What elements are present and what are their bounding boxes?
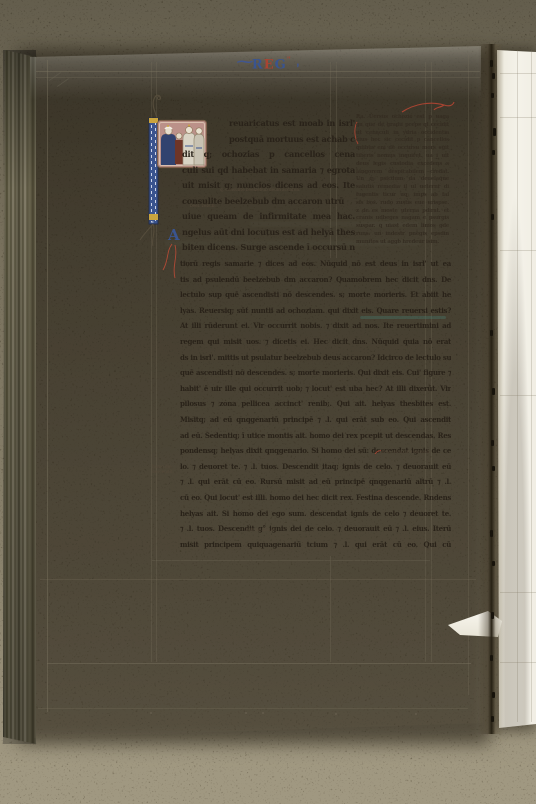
gloss-line: runs. un indestr pnegis epsdin <box>356 231 449 239</box>
ruling-line <box>36 77 480 78</box>
gloss-line: suspar. q uiast edem limos gde <box>356 223 449 231</box>
text-line: cū eo. Qui locut' est illi. homo dei hec… <box>180 490 451 506</box>
initial-p-stem <box>149 118 158 224</box>
sewing-stitch <box>493 128 496 136</box>
text-line: ngelus aūt dni locutus est ad helyā thes <box>182 225 355 241</box>
text-line: Misitq; ad eū qnqgenariū principē ⁊ .l. … <box>180 412 451 428</box>
initial-p-gold-top <box>149 118 158 123</box>
sewing-stitch <box>491 716 494 722</box>
gloss-line: tiberis nemus inquiret. ua i uit <box>356 153 449 161</box>
gloss-line: cranis udbeges nagam e psurgis <box>356 215 449 223</box>
sewing-stitch <box>492 150 495 155</box>
sewing-stitch <box>492 388 495 395</box>
gloss-line: munitos ut aggb hredeur isim. <box>356 239 449 247</box>
running-title-flourish: ~ <box>235 55 258 70</box>
text-line: pilosus ⁊ zona pellicea accinct' renib;.… <box>180 396 451 412</box>
inline-note: Deus uoluntate exaudit. <box>380 450 450 455</box>
ruling-line <box>152 560 430 561</box>
manuscript-photograph: ~REGʺ , <box>0 0 536 804</box>
prick-mark <box>415 713 417 715</box>
text-line: uiue queam de infirmitate mea hac. <box>182 209 355 225</box>
gloss-line: fugentis ticur uq; imps ab fal <box>356 192 449 200</box>
gloss-line: quibus eni de occursu mors egit <box>356 145 449 153</box>
gloss-line: deus legis custodia excedens s <box>356 161 449 169</box>
text-line: regem qui misit uos. ⁊ dicetis ei. Hec d… <box>180 334 451 350</box>
running-title-letter-e: E <box>264 57 275 72</box>
pigment-smudge <box>360 316 446 319</box>
ruling-line <box>38 708 468 709</box>
sewing-stitch <box>491 440 494 446</box>
text-line: lectulo sup quē ascendisti nō descendes.… <box>180 287 451 303</box>
sewing-stitch <box>491 612 494 619</box>
running-title-end-mark: , <box>293 55 303 69</box>
binding-gutter <box>478 44 504 734</box>
text-line: culi sui qd habebat in samaria ⁊ egrota <box>182 163 355 179</box>
gloss-line: Ra. Uersus ochozie est p uaga <box>356 114 449 122</box>
text-line: ad eū. Sedentiq; ī utice montis ait. hom… <box>180 428 451 444</box>
sewing-stitch <box>490 330 493 336</box>
ruling-line <box>468 55 469 695</box>
text-line: postquā mortuus est achab ceci <box>182 132 355 148</box>
running-title-letter-g: G <box>275 57 287 72</box>
sewing-stitch <box>492 561 495 566</box>
prick-mark <box>335 713 337 715</box>
initial-p-tail-flourish <box>140 224 154 246</box>
sewing-stitch <box>491 214 494 220</box>
gloss-column: Ra. Uersus ochozie est p uagaga que de g… <box>356 114 449 247</box>
initial-a-penwork <box>158 240 182 284</box>
gold-dot <box>167 125 169 127</box>
text-line: ⁊ .l. tuos. Descendit g° ignis dei de ce… <box>180 521 451 537</box>
ruling-line <box>330 556 331 662</box>
gloss-line: z de es moste uterna pdirat. et <box>356 208 449 216</box>
text-line: biten dicens. Surge ascende ī occursū nu… <box>182 240 355 256</box>
text-line: At illi rūderunt ei. Vir occurrit nobis.… <box>180 318 451 334</box>
gloss-line: langorem despicabilem credat. <box>356 169 449 177</box>
gloss-line: Un q; psicdum da deuelaque <box>356 176 449 184</box>
gloss-line: sis bos. rudo zustis eue urispse. <box>356 200 449 208</box>
prick-mark <box>262 712 264 714</box>
ruling-line <box>40 579 476 580</box>
initial-p-gold-bottom <box>149 214 158 220</box>
sewing-stitch <box>492 73 495 79</box>
text-line: dit q; ochozias p cancellos cena <box>182 147 355 163</box>
main-text-upper: reuaricatus est moab in isrl'postquā mor… <box>182 116 355 256</box>
text-line: misit principem quiquagenariū tcium ⁊ .l… <box>180 537 451 553</box>
initial-p-top-flourish <box>153 95 160 120</box>
gloss-line: salutis remedia il ul ueternr di <box>356 184 449 192</box>
margin-note: beel. zebub. <box>190 204 230 209</box>
text-line: lo. ⁊ deuoret te. ⁊ .l. tuos. Descendit … <box>180 459 451 475</box>
gloss-line: ut cenaculi in ydria occidentia <box>356 130 449 138</box>
text-line: tiorū regis samarie ⁊ dices ad eos. Nūqu… <box>180 256 451 272</box>
ruling-line <box>47 663 471 664</box>
gloss-line: eius hec sic cecidit p cancellos <box>356 137 449 145</box>
sewing-stitch <box>491 93 494 98</box>
inline-note-red-tick <box>374 449 382 455</box>
initial-a-flourish <box>158 240 182 284</box>
sewing-stitch <box>492 466 495 471</box>
prick-mark <box>150 712 152 714</box>
sewing-stitch <box>492 692 495 698</box>
prick-mark <box>245 712 247 714</box>
text-line: helyas ait. Si homo dei ego sum. descend… <box>180 506 451 522</box>
ruling-line-recto <box>517 50 518 722</box>
text-line: habit' ē uir ille qui occurrit uob; ⁊ lo… <box>180 381 451 397</box>
sewing-stitch <box>490 60 493 67</box>
sewing-stitch <box>490 655 493 661</box>
text-line: ds in isrl'. mittis ut psulatur beelzebu… <box>180 350 451 366</box>
text-line: quē ascendisti nō descendes. s; morte mo… <box>180 365 451 381</box>
inline-note: hus ne abluat. <box>246 528 294 533</box>
interlinear-correction: q. consulite beelzebub deum accaron. <box>220 188 352 193</box>
ruling-line-recto <box>531 50 532 722</box>
running-title: ~REGʺ , <box>240 55 330 75</box>
figure-blue-robe <box>161 134 176 165</box>
sewing-stitch <box>490 530 493 537</box>
ruling-line <box>47 60 48 712</box>
main-text-lower: tiorū regis samarie ⁊ dices ad eos. Nūqu… <box>180 256 451 552</box>
text-line: ⁊ .l. qui erāt cū eo. Rursū misit ad eū … <box>180 474 451 490</box>
text-line: reuaricatus est moab in isrl' <box>182 116 355 132</box>
margin-note: homo dei descendit. <box>152 465 188 474</box>
text-line: tis ad psulendū beelzebub dm accaron? Qu… <box>180 272 451 288</box>
gloss-line: ga que de gradu pceps ql cecidit <box>356 122 449 130</box>
running-title-abbreviation-marks: ʺ <box>287 55 291 65</box>
